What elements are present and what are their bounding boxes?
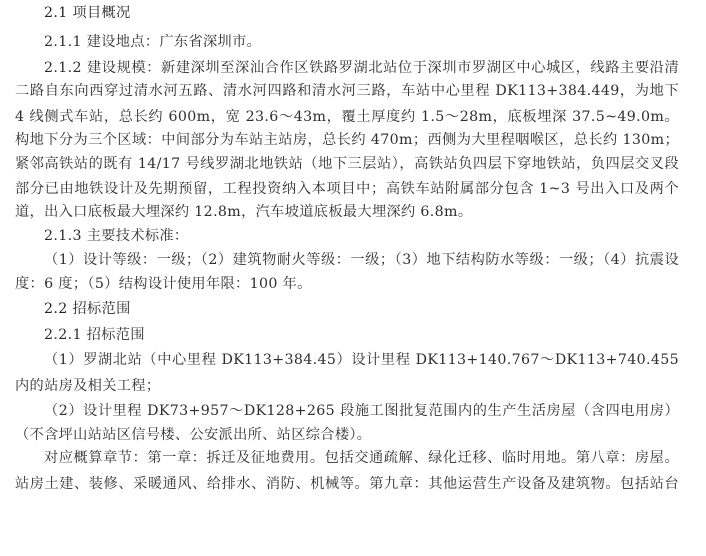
paragraph-budget-chapters-line-2: 站房土建、装修、采暖通风、给排水、消防、机械等。第九章：其他运营生产设备及建筑物… xyxy=(15,474,679,494)
paragraph-2-2-1-item-1-line-1: （1）罗湖北站（中心里程 DK113+384.45）设计里程 DK113+140… xyxy=(44,350,679,370)
paragraph-2-1-2-line-5: 紧邻高铁站的既有 14/17 号线罗湖北地铁站（地下三层站），高铁站负四层下穿地… xyxy=(15,154,679,174)
paragraph-2-2-1-item-2-line-2: （不含坪山站站区信号楼、公安派出所、站区综合楼）。 xyxy=(15,425,679,445)
paragraph-2-1-3-line-2: 度：6 度；（5）结构设计使用年限：100 年。 xyxy=(15,274,679,294)
paragraph-budget-chapters-line-1: 对应概算章节：第一章：拆迁及征地费用。包括交通疏解、绿化迁移、临时用地。第八章：… xyxy=(44,448,679,468)
paragraph-2-1-2-line-1: 2.1.2 建设规模：新建深圳至深汕合作区铁路罗湖北站位于深圳市罗湖区中心城区，… xyxy=(44,58,679,78)
paragraph-2-1-2-line-7: 道，出入口底板最大埋深约 12.8m，汽车坡道底板最大埋深约 6.8m。 xyxy=(15,202,679,222)
paragraph-2-1-3-title: 2.1.3 主要技术标准： xyxy=(44,226,679,246)
section-heading-2-1: 2.1 项目概况 xyxy=(44,3,679,23)
paragraph-2-1-2-line-6: 部分已由地铁设计及先期预留，工程投资纳入本项目中；高铁车站附属部分包含 1~3 … xyxy=(15,179,679,199)
document-page: 2.1 项目概况 2.1.1 建设地点：广东省深圳市。 2.1.2 建设规模：新… xyxy=(0,0,706,556)
paragraph-2-1-2-line-4: 构地下分为三个区域：中间部分为车站主站房，总长约 470m；西侧为大里程咽喉区，… xyxy=(15,130,679,150)
paragraph-2-2-1-item-2-line-1: （2）设计里程 DK73+957～DK128+265 段施工图批复范围内的生产生… xyxy=(44,401,679,421)
paragraph-2-1-2-line-3: 4 线侧式车站，总长约 600m，宽 23.6～43m，覆土厚度约 1.5～28… xyxy=(15,107,679,127)
paragraph-2-1-1-line-1: 2.1.1 建设地点：广东省深圳市。 xyxy=(44,32,679,52)
paragraph-2-2-1-title: 2.2.1 招标范围 xyxy=(44,325,679,345)
paragraph-2-2-1-item-1-line-2: 内的站房及相关工程； xyxy=(15,376,679,396)
section-heading-2-2: 2.2 招标范围 xyxy=(44,299,679,319)
paragraph-2-1-2-line-2: 二路自东向西穿过清水河五路、清水河四路和清水河三路，车站中心里程 DK113+3… xyxy=(15,81,679,101)
paragraph-2-1-3-line-1: （1）设计等级：一级；（2）建筑物耐火等级：一级；（3）地下结构防水等级：一级；… xyxy=(44,250,679,270)
